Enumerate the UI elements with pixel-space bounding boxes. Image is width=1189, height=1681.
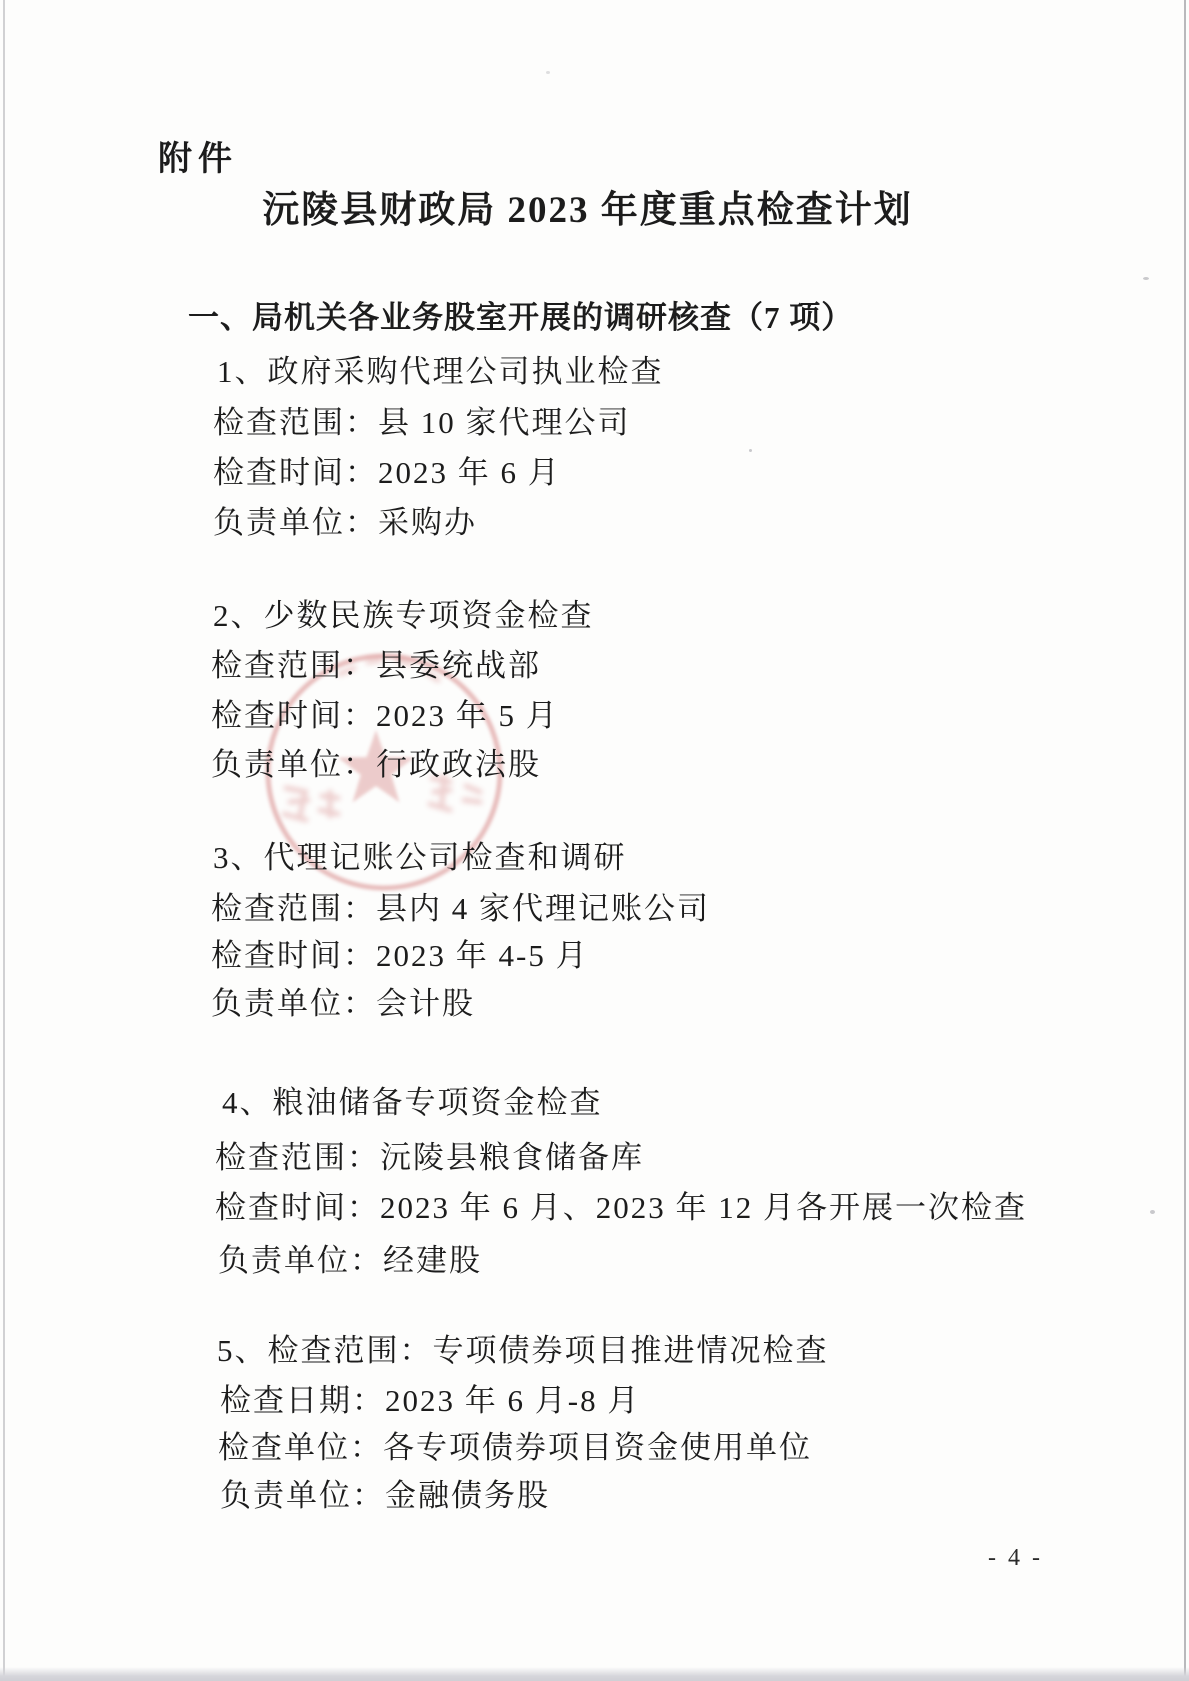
scanned-document-page: 附件 沅陵县财政局 2023 年度重点检查计划 一、局机关各业务股室开展的调研核… [0, 0, 1189, 1681]
item-5-title: 5、检查范围：专项债券项目推进情况检查 [217, 1331, 829, 1371]
item-4-title: 4、粮油储备专项资金检查 [222, 1083, 603, 1123]
item-1-responsible: 负责单位：采购办 [213, 503, 477, 543]
scan-noise-speck [546, 71, 550, 74]
item-1-scope: 检查范围：县 10 家代理公司 [213, 403, 631, 443]
item-4-scope: 检查范围：沅陵县粮食储备库 [215, 1138, 644, 1178]
scan-noise-speck [749, 449, 752, 452]
scan-noise-speck [1150, 1210, 1155, 1214]
item-3-title: 3、代理记账公司检查和调研 [213, 838, 627, 878]
document-title: 沅陵县财政局 2023 年度重点检查计划 [0, 188, 1175, 234]
section-heading: 一、局机关各业务股室开展的调研核查（7 项） [188, 298, 853, 338]
item-3-scope: 检查范围：县内 4 家代理记账公司 [211, 889, 710, 929]
item-3-responsible: 负责单位：会计股 [211, 984, 475, 1024]
item-4-time: 检查时间：2023 年 6 月、2023 年 12 月各开展一次检查 [215, 1188, 1027, 1228]
page-number: - 4 - [988, 1545, 1043, 1572]
item-2-title: 2、少数民族专项资金检查 [213, 596, 594, 636]
item-1-title: 1、政府采购代理公司执业检查 [217, 352, 664, 392]
item-5-date: 检查日期：2023 年 6 月-8 月 [220, 1381, 640, 1421]
scan-edge-right [1184, 0, 1186, 1681]
item-4-responsible: 负责单位：经建股 [218, 1241, 482, 1281]
item-2-scope: 检查范围：县委统战部 [211, 646, 541, 686]
item-1-time: 检查时间：2023 年 6 月 [213, 453, 561, 493]
item-5-unit: 检查单位：各专项债券项目资金使用单位 [218, 1428, 812, 1468]
item-3-time: 检查时间：2023 年 4-5 月 [211, 936, 589, 976]
scan-edge-left [3, 0, 5, 1681]
scan-noise-speck [1143, 277, 1149, 280]
attachment-label: 附件 [158, 140, 238, 181]
scan-edge-bottom-shadow [0, 1667, 1189, 1681]
item-5-responsible: 负责单位：金融债务股 [220, 1476, 550, 1516]
item-2-time: 检查时间：2023 年 5 月 [211, 696, 559, 736]
item-2-responsible: 负责单位：行政政法股 [211, 745, 541, 785]
